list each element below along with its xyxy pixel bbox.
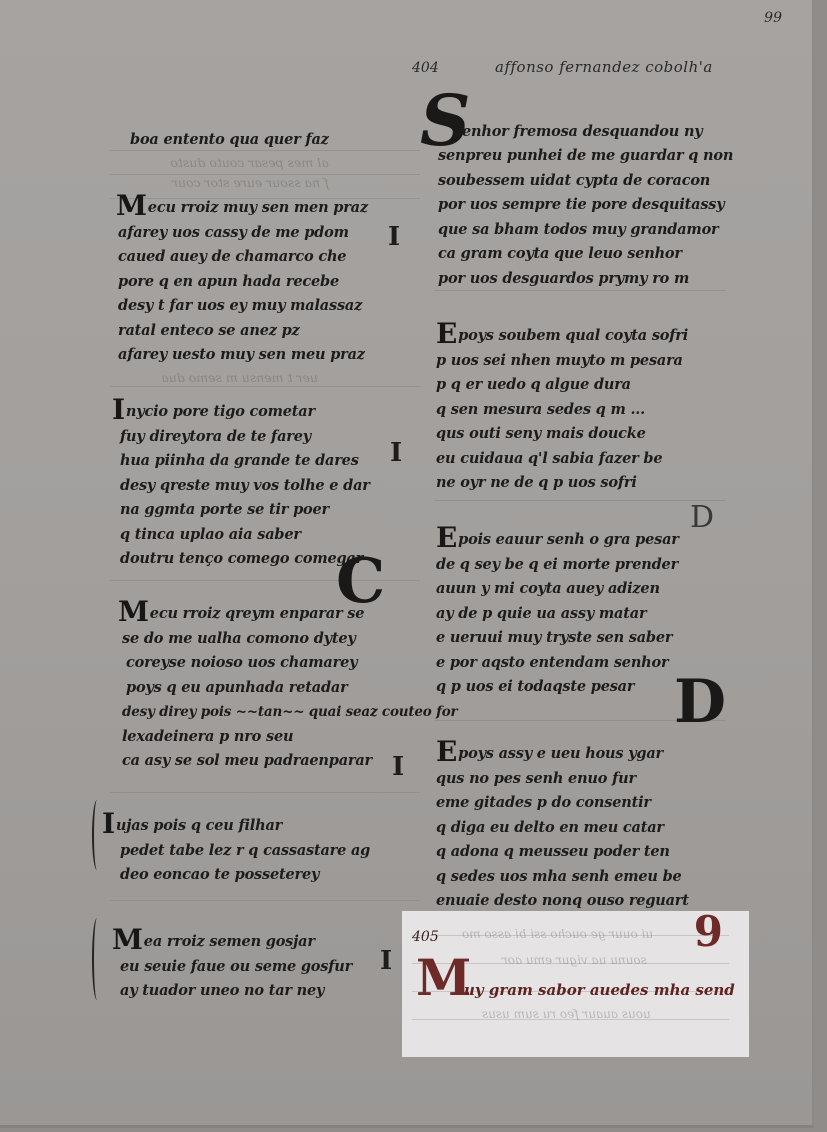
verse-line: poys q eu apunhada retadar (118, 676, 457, 701)
verse-line: doutru tenço comego comegar (112, 547, 370, 572)
marginal-capital-faint: D (690, 500, 714, 535)
verse-line: eu seuie faue ou seme gosfur (112, 955, 352, 980)
left-stanza-1: Mecu rroiz muy sen men praz afarey uos c… (116, 194, 368, 388)
verse-line: ay de p quie ua assy matar (436, 602, 679, 627)
verse-line: boa entento qua quer faz (130, 128, 329, 153)
verse-line: desy direy pois ~~tan~~ quai seaz couteo… (118, 700, 457, 725)
marginal-capital: I (388, 222, 400, 252)
verse-line: desy qreste muy vos tolhe e dar (112, 474, 370, 499)
initial-letter: E (436, 526, 457, 551)
verse-line: qus outi seny mais doucke (436, 422, 688, 447)
verse-line: por uos desguardos prymy ro m (438, 267, 733, 292)
verse-line: e por aqsto entendam senhor (436, 651, 679, 676)
verse-line: pore q en apun hada recebe (116, 270, 368, 295)
verse-line: de q sey be q ei morte prender (436, 553, 679, 578)
bleed-through-text: ui ouur ge oucho ssi bi asso mo (462, 927, 653, 941)
folio-number: 99 (764, 10, 782, 26)
left-stanza-4: Iujas pois q ceu filhar pedet tabe lez r… (102, 812, 370, 888)
initial-letter: I (112, 398, 125, 423)
verse-line: ecu rroiz qreym enparar se (150, 605, 364, 622)
verse-line: por uos sempre tie pore desquitassy (438, 193, 733, 218)
verse-line: q tinca uplao aia saber (112, 523, 370, 548)
verse-line: desy t far uos ey muy malassaz (116, 294, 368, 319)
verse-line-red: uy gram sabor auedes mha send (464, 981, 735, 999)
verse-line: q sen mesura sedes q m ... (436, 398, 688, 423)
verse-line: ca asy se sol meu padraenparar (118, 749, 457, 774)
verse-line: q diga eu delto en meu catar (436, 816, 689, 841)
verse-line: deo eoncao te posseterey (102, 863, 370, 888)
right-stanza-0: enhor fremosa desquandou ny (462, 120, 703, 145)
initial-letter: M (116, 194, 147, 219)
initial-letter: M (112, 928, 143, 953)
left-stanza-0: boa entento qua quer faz al mes pesar co… (130, 128, 329, 193)
verse-line: ca gram coyta que leuo senhor (438, 242, 733, 267)
verse-line: afarey uos cassy de me pdom (116, 221, 368, 246)
verse-line: fuy direytora de te farey (112, 425, 370, 450)
verse-line: pois eauur senh o gra pesar (458, 531, 679, 548)
verse-line: enhor fremosa desquandou ny (462, 120, 703, 145)
marginal-capital: I (392, 752, 404, 782)
verse-line: poys soubem qual coyta sofri (458, 327, 688, 344)
left-stanza-5: Mea rroiz semen gosjar eu seuie faue ou … (112, 928, 352, 1004)
verse-line: ujas pois q ceu filhar (116, 817, 282, 834)
manuscript-page: 99 404 affonso fernandez cobolh'a boa en… (0, 0, 814, 1128)
right-stanza-2: Epois eauur senh o gra pesar de q sey be… (436, 526, 679, 700)
verse-line: pedet tabe lez r q cassastare ag (102, 839, 370, 864)
verse-line: na ggmta porte se tir poer (112, 498, 370, 523)
verse-line: senpreu punhei de me guardar q non (438, 144, 733, 169)
verse-line: caued auey de chamarco che (116, 245, 368, 270)
verse-line: poys assy e ueu hous ygar (458, 745, 663, 762)
bleed-through-text: sounu ua vigur emu aor (502, 953, 647, 967)
left-stanza-3: Mecu rroiz qreym enparar se se do me ual… (118, 600, 457, 774)
bleed-through-text: uous auaur feo ru sum usus (482, 1007, 651, 1021)
verse-line: p q er uedo q algue dura (436, 373, 688, 398)
right-stanza-1: Epoys soubem qual coyta sofri p uos sei … (436, 322, 688, 496)
verse-line: nycio pore tigo cometar (126, 403, 315, 420)
verse-line: enuaie desto nonq ouso reguart (436, 889, 689, 914)
marginal-capital: I (380, 946, 392, 976)
verse-line: q adona q meusseu poder ten (436, 840, 689, 865)
verse-line: eu cuidaua q'l sabia fazer be (436, 447, 688, 472)
verse-line: se do me ualha comono dytey (118, 627, 457, 652)
initial-letter: M (118, 600, 149, 625)
verse-line: p uos sei nhen muyto m pesara (436, 349, 688, 374)
decorated-capital: D (674, 672, 726, 732)
poem-number: 405 (412, 929, 439, 945)
verse-line: eme gitades p do consentir (436, 791, 689, 816)
verse-line: lexadeinera p nro seu (118, 725, 457, 750)
bleed-through-text: al mes pesar couto dusto (130, 153, 329, 173)
verse-line: coreyse noioso uos chamarey (118, 651, 457, 676)
bleed-through-text: uer t mensu m semo dua (116, 368, 368, 388)
right-stanza-0-body: senpreu punhei de me guardar q non soube… (438, 144, 733, 291)
verse-line: hua piinha da grande te dares (112, 449, 370, 474)
verse-line: q p uos ei todaqste pesar (436, 675, 679, 700)
author-rubric: affonso fernandez cobolh'a (495, 58, 713, 76)
initial-letter: E (436, 322, 457, 347)
verse-line: que sa bham todos muy grandamor (438, 218, 733, 243)
bleed-through-text: f na ssour eure stor cour (130, 173, 329, 193)
verse-line: soubessem uidat cypta de coracon (438, 169, 733, 194)
verse-line: ay tuador uneo no tar ney (112, 979, 352, 1004)
initial-letter: I (102, 812, 115, 837)
verse-line: qus no pes senh enuo fur (436, 767, 689, 792)
verse-line: auun y mi coyta auey adizen (436, 577, 679, 602)
verse-line: q sedes uos mha senh emeu be (436, 865, 689, 890)
brace-mark (92, 800, 102, 870)
poem-number: 404 (412, 60, 439, 76)
initial-letter: E (436, 740, 457, 765)
left-stanza-2: Inycio pore tigo cometar fuy direytora d… (112, 398, 370, 572)
verse-line: afarey uesto muy sen meu praz (116, 343, 368, 368)
red-corner-letter: 9 (694, 911, 723, 953)
right-stanza-3: Epoys assy e ueu hous ygar qus no pes se… (436, 740, 689, 914)
verse-line: e ueruui muy tryste sen saber (436, 626, 679, 651)
verse-line: ea rroiz semen gosjar (144, 933, 315, 950)
verse-line: ne oyr ne de q p uos sofri (436, 471, 688, 496)
verse-line: ecu rroiz muy sen men praz (148, 199, 368, 216)
brace-mark (92, 918, 102, 1000)
inset-patch: ui ouur ge oucho ssi bi asso mo sounu ua… (402, 911, 749, 1057)
verse-line: ratal enteco se anez pz (116, 319, 368, 344)
marginal-capital: I (390, 438, 402, 468)
